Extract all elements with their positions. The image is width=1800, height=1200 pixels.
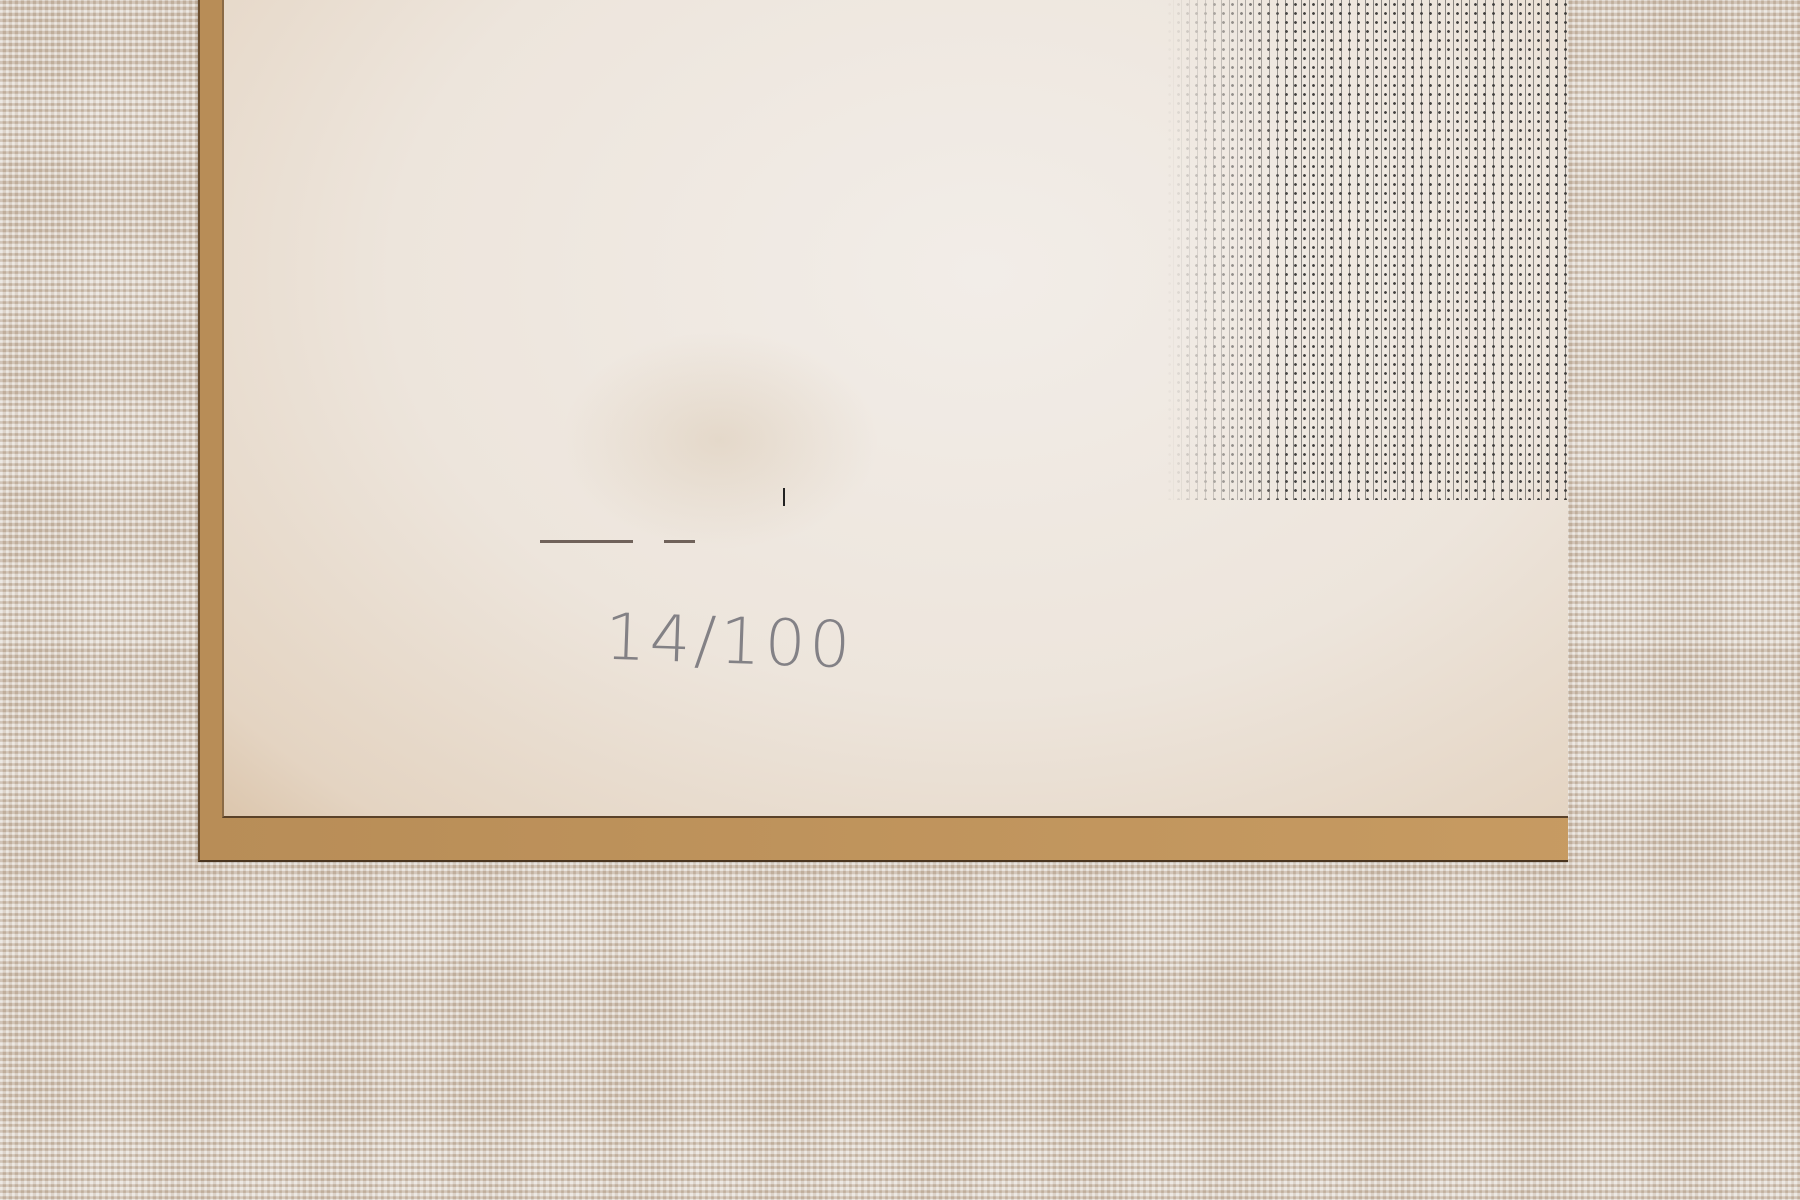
etched-stipple-drawing (1165, 0, 1568, 500)
paper-foxing-stain (560, 330, 880, 550)
pencil-edition-number: 14/100 (604, 601, 856, 684)
plate-mark-line (540, 540, 695, 543)
plate-mark-tick (783, 488, 785, 506)
